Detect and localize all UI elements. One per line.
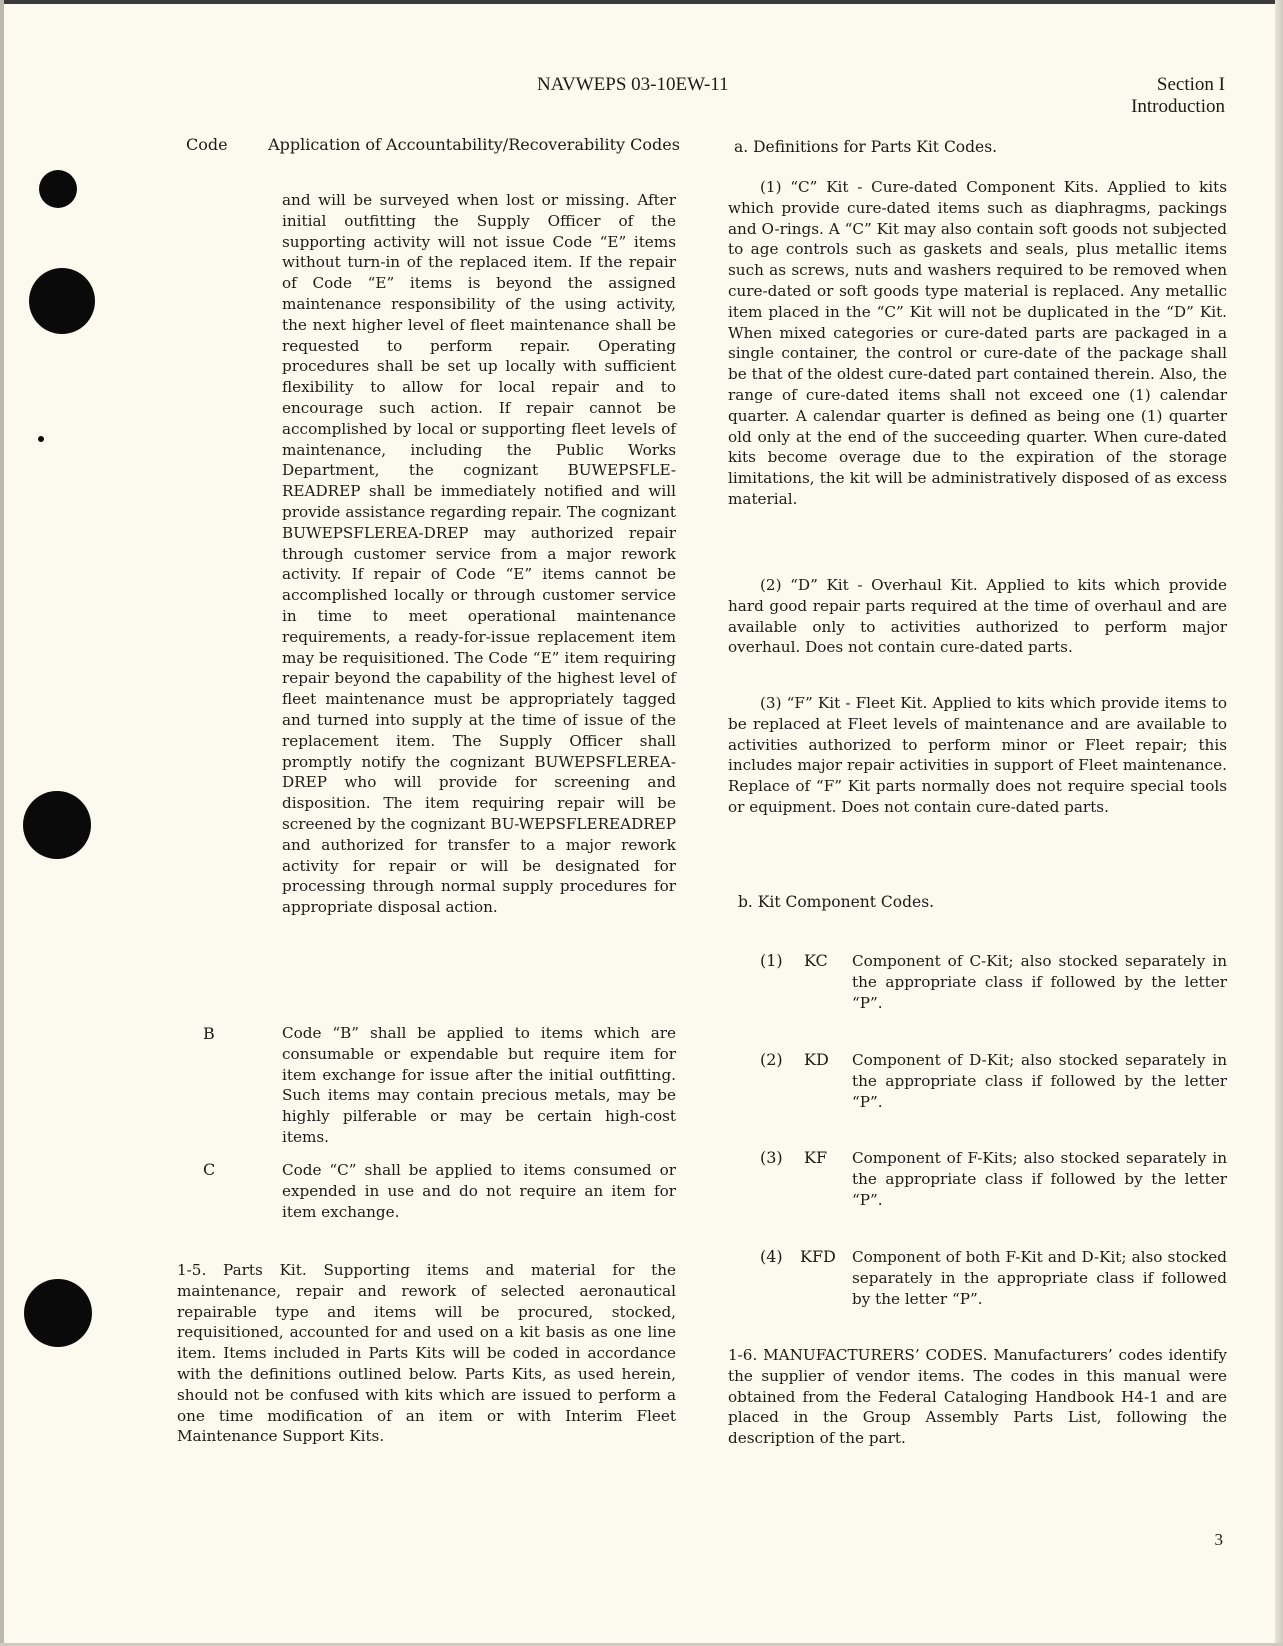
table-header-code: Code xyxy=(186,135,228,154)
component-code-kfd: KFD xyxy=(800,1247,836,1266)
code-letter-c: C xyxy=(203,1160,215,1179)
subsection-a-heading: a. Definitions for Parts Kit Codes. xyxy=(734,137,997,158)
punch-hole-icon xyxy=(29,268,95,334)
subsection-b-heading: b. Kit Component Codes. xyxy=(738,892,934,913)
kit-definition-d: (2) “D” Kit - Overhaul Kit. Applied to k… xyxy=(728,575,1227,658)
table-header-application: Application of Accountability/Recoverabi… xyxy=(268,135,680,155)
code-e-continuation: and will be surveyed when lost or missin… xyxy=(282,190,676,918)
page-right-edge xyxy=(1275,0,1283,1646)
component-code-kd-description: Component of D-Kit; also stocked separat… xyxy=(852,1050,1227,1112)
component-code-kc-description: Component of C-Kit; also stocked separat… xyxy=(852,951,1227,1013)
section-label: Section I xyxy=(1131,74,1225,96)
page-number: 3 xyxy=(1215,1530,1224,1550)
page-left-edge xyxy=(0,0,4,1646)
kit-definition-c: (1) “C” Kit - Cure-dated Component Kits.… xyxy=(728,177,1227,510)
paragraph-1-5-parts-kit: 1-5. Parts Kit. Supporting items and mat… xyxy=(177,1260,676,1447)
code-letter-b: B xyxy=(203,1024,215,1043)
document-number: NAVWEPS 03-10EW-11 xyxy=(537,74,729,96)
section-header: Section I Introduction xyxy=(1131,74,1225,118)
section-title: Introduction xyxy=(1131,96,1225,118)
punch-hole-icon xyxy=(23,791,91,859)
component-code-kc: KC xyxy=(804,951,828,970)
kit-definition-f: (3) “F” Kit - Fleet Kit. Applied to kits… xyxy=(728,693,1227,818)
component-code-kfd-description: Component of both F-Kit and D-Kit; also … xyxy=(852,1247,1227,1309)
component-code-number: (4) xyxy=(760,1247,783,1266)
component-code-kd: KD xyxy=(804,1050,829,1069)
paragraph-1-6-manufacturers-codes: 1-6. MANUFACTURERS’ CODES. Manufacturers… xyxy=(728,1345,1227,1449)
page-top-edge xyxy=(0,0,1283,4)
code-c-description: Code “C” shall be applied to items consu… xyxy=(282,1160,676,1222)
component-code-number: (2) xyxy=(760,1050,783,1069)
punch-hole-icon xyxy=(39,170,77,208)
component-code-kf-description: Component of F-Kits; also stocked separa… xyxy=(852,1148,1227,1210)
component-code-kf: KF xyxy=(804,1148,827,1167)
component-code-number: (1) xyxy=(760,951,783,970)
speck-mark-icon xyxy=(38,436,44,442)
component-code-number: (3) xyxy=(760,1148,783,1167)
punch-hole-icon xyxy=(24,1279,92,1347)
code-b-description: Code “B” shall be applied to items which… xyxy=(282,1023,676,1148)
